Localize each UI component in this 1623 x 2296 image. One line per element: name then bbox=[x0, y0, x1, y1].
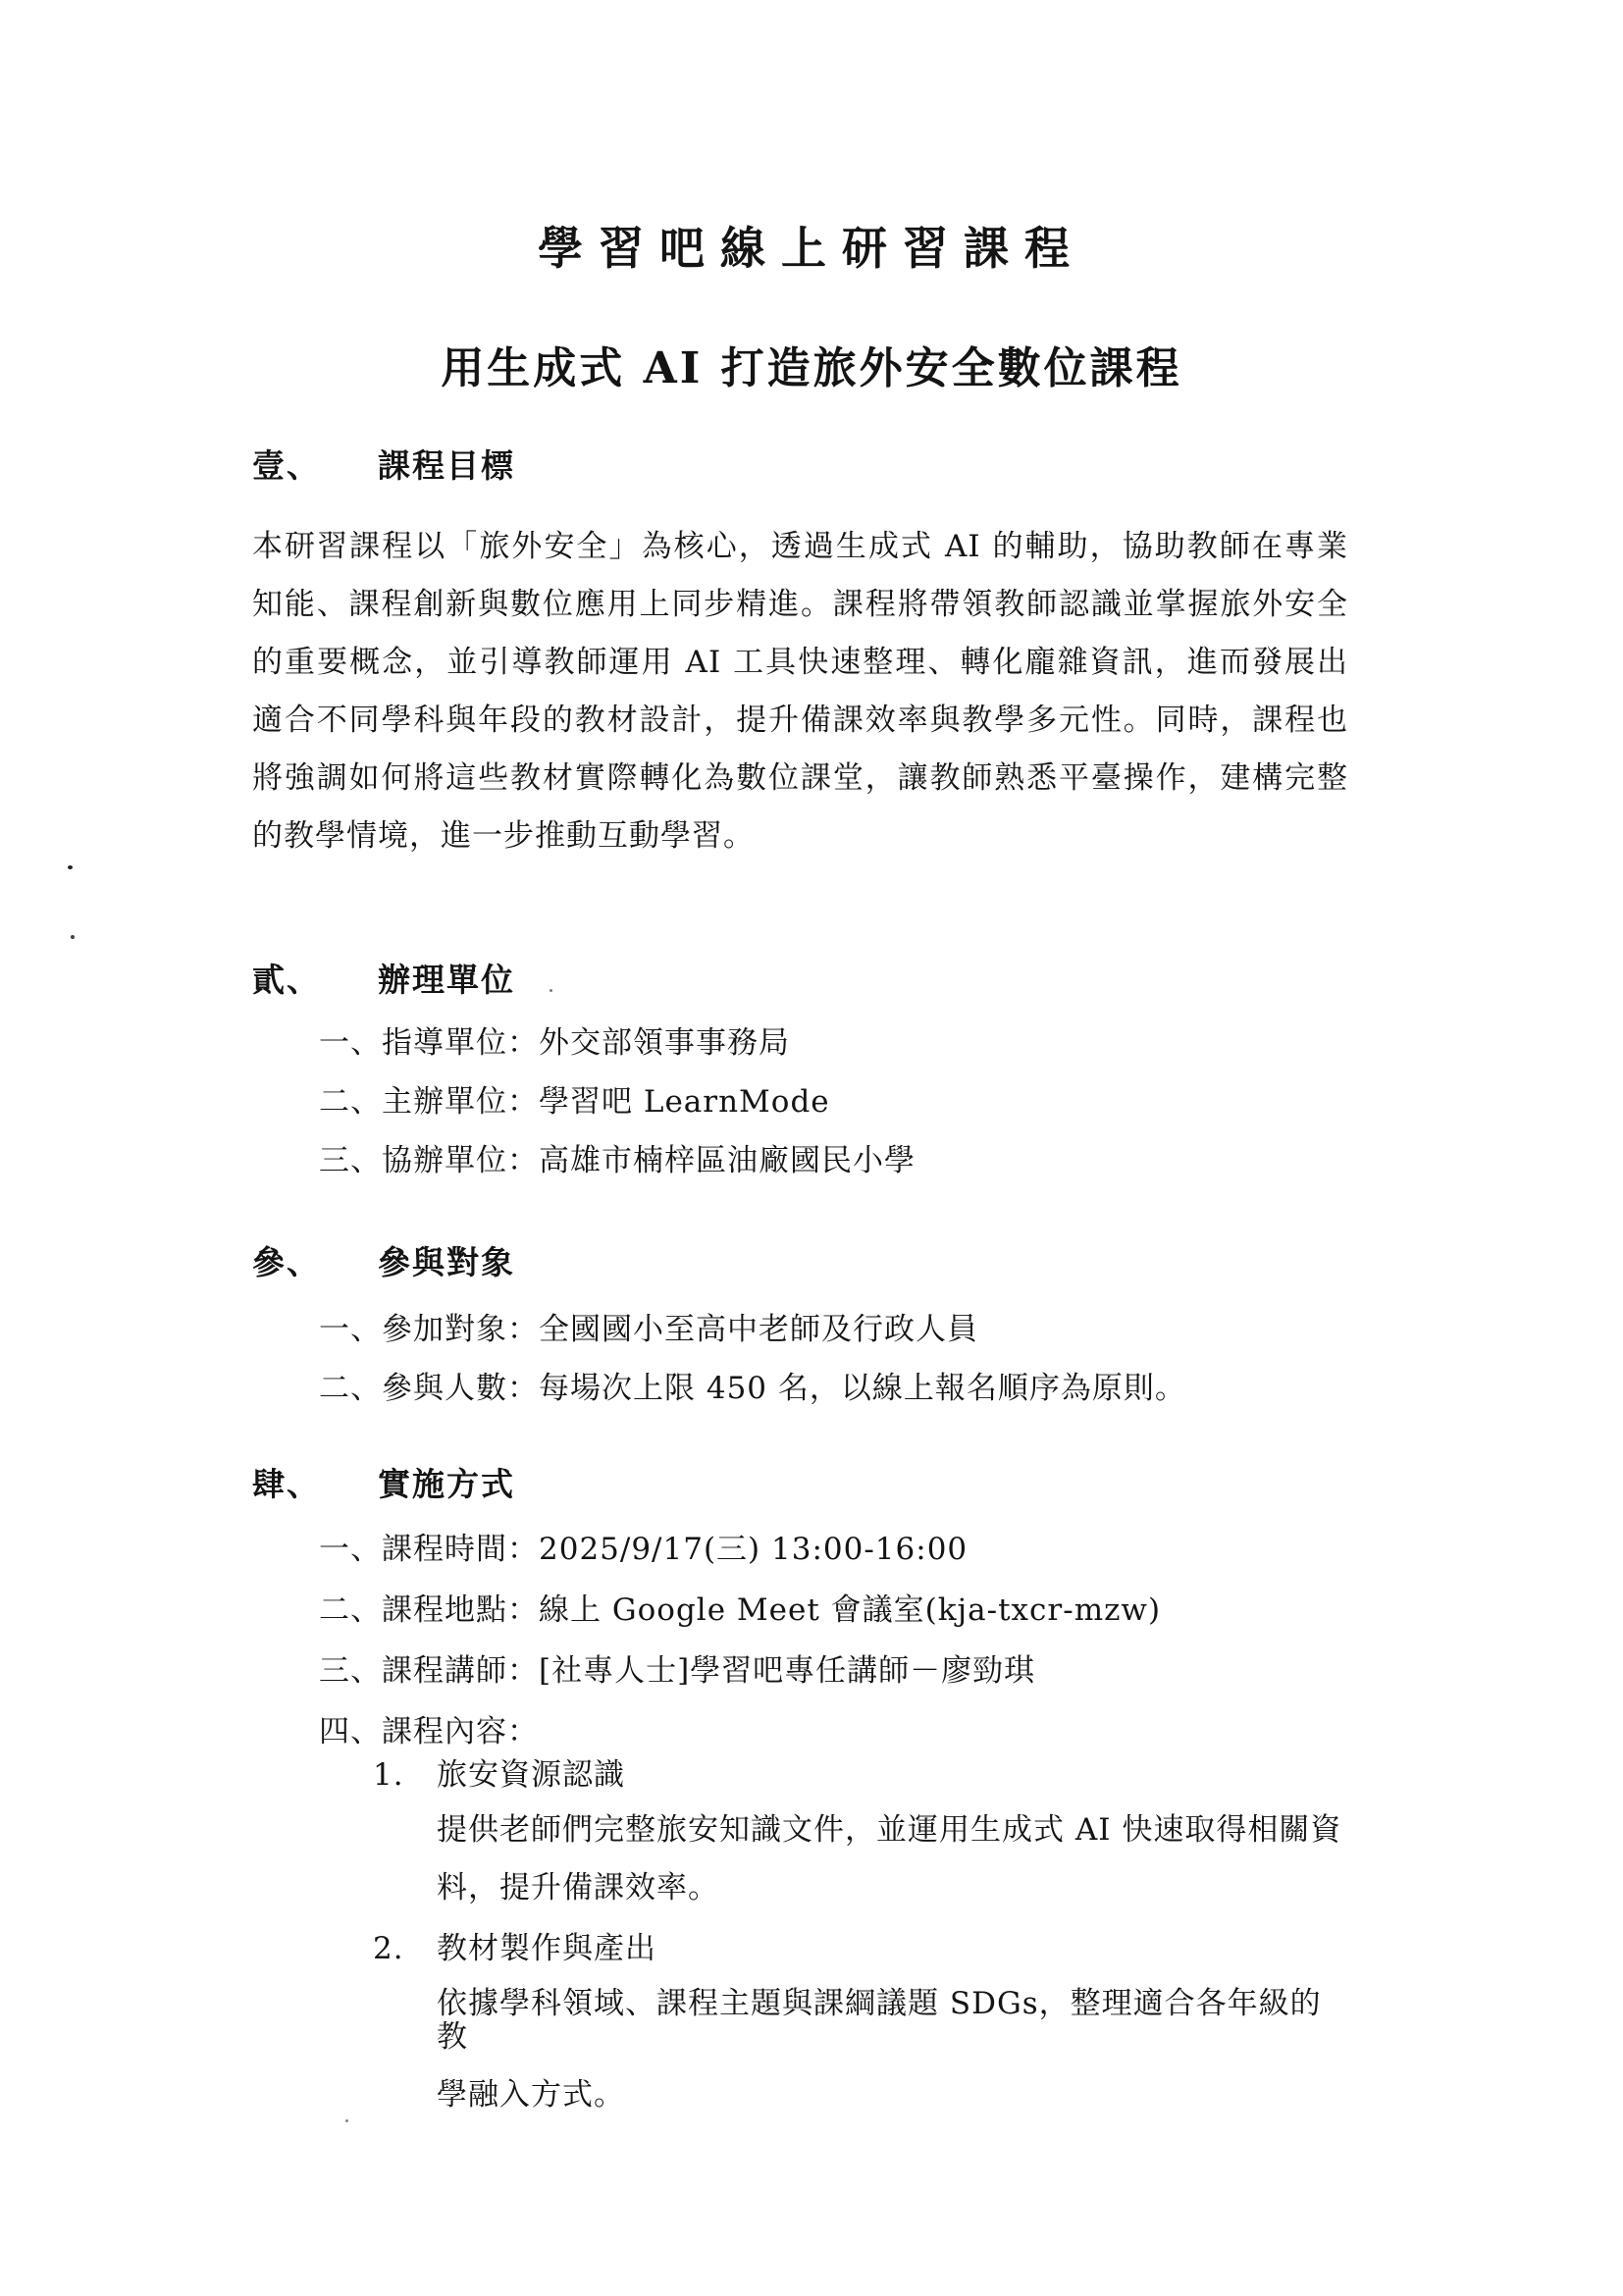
section-title: 辦理單位 bbox=[378, 961, 515, 999]
list-item: 一、參加對象：全國國小至高中老師及行政人員 bbox=[252, 1313, 1348, 1346]
scan-speck bbox=[550, 989, 552, 992]
section-heading-organizers: 貳、辦理單位 bbox=[252, 964, 1348, 997]
item-title: 教材製作與產出 bbox=[437, 1931, 656, 1966]
paragraph-line: 適合不同學科與年段的教材設計，提升備課效率與教學多元性。同時，課程也 bbox=[252, 692, 1348, 750]
scan-speck bbox=[345, 2119, 348, 2122]
list-item: 三、協辦單位：高雄市楠梓區油廠國民小學 bbox=[252, 1144, 1348, 1177]
section-number: 壹、 bbox=[252, 449, 378, 483]
participants-list: 一、參加對象：全國國小至高中老師及行政人員 二、參與人數：每場次上限 450 名… bbox=[252, 1313, 1348, 1405]
section-number: 參、 bbox=[252, 1246, 378, 1279]
item-description-line: 學融入方式。 bbox=[252, 2078, 1348, 2112]
list-item: 二、主辦單位：學習吧 LearnMode bbox=[252, 1085, 1348, 1119]
course-content-list: 1.旅安資源認識 提供老師們完整旅安知識文件，並運用生成式 AI 快速取得相關資… bbox=[252, 1758, 1348, 2112]
organizers-list: 一、指導單位：外交部領事事務局 二、主辦單位：學習吧 LearnMode 三、協… bbox=[252, 1026, 1348, 1177]
item-number: 1. bbox=[373, 1758, 437, 1792]
document-page: 學習吧線上研習課程 用生成式 AI 打造旅外安全數位課程 壹、課程目標 本研習課… bbox=[0, 0, 1623, 2296]
section-title: 參與對象 bbox=[378, 1243, 515, 1281]
item-number: 2. bbox=[373, 1932, 437, 1965]
list-item: 三、課程講師：[社專人士]學習吧專任講師－廖勁琪 bbox=[252, 1654, 1348, 1688]
document-body: 壹、課程目標 本研習課程以「旅外安全」為核心，透過生成式 AI 的輔助，協助教師… bbox=[0, 449, 1623, 2112]
document-subtitle: 用生成式 AI 打造旅外安全數位課程 bbox=[0, 345, 1623, 392]
scan-speck bbox=[71, 935, 75, 939]
course-content-item: 1.旅安資源認識 bbox=[252, 1758, 1348, 1792]
paragraph-line: 本研習課程以「旅外安全」為核心，透過生成式 AI 的輔助，協助教師在專業 bbox=[252, 518, 1348, 576]
list-item: 一、課程時間：2025/9/17(三) 13:00-16:00 bbox=[252, 1533, 1348, 1566]
list-item: 二、課程地點：線上 Google Meet 會議室(kja-txcr-mzw) bbox=[252, 1593, 1348, 1627]
implementation-list: 一、課程時間：2025/9/17(三) 13:00-16:00 二、課程地點：線… bbox=[252, 1533, 1348, 1748]
item-description-line: 料，提升備課效率。 bbox=[252, 1871, 1348, 1905]
list-item: 一、指導單位：外交部領事事務局 bbox=[252, 1026, 1348, 1060]
list-item: 四、課程內容： bbox=[252, 1715, 1348, 1748]
section-number: 肆、 bbox=[252, 1468, 378, 1501]
scan-speck bbox=[68, 865, 73, 869]
section-heading-participants: 參、參與對象 bbox=[252, 1246, 1348, 1279]
document-title: 學習吧線上研習課程 bbox=[0, 0, 1623, 275]
section-heading-course-objectives: 壹、課程目標 bbox=[252, 449, 1348, 483]
item-description-line: 提供老師們完整旅安知識文件，並運用生成式 AI 快速取得相關資 bbox=[252, 1813, 1348, 1847]
section-heading-implementation: 肆、實施方式 bbox=[252, 1468, 1348, 1501]
paragraph-line: 知能、課程創新與數位應用上同步精進。課程將帶領教師認識並掌握旅外安全 bbox=[252, 576, 1348, 634]
item-title: 旅安資源認識 bbox=[437, 1757, 625, 1793]
section-number: 貳、 bbox=[252, 964, 378, 997]
section-title: 實施方式 bbox=[378, 1465, 515, 1503]
paragraph-line: 將強調如何將這些教材實際轉化為數位課堂，讓教師熟悉平臺操作，建構完整 bbox=[252, 750, 1348, 808]
section-title: 課程目標 bbox=[378, 446, 515, 485]
list-item: 二、參與人數：每場次上限 450 名，以線上報名順序為原則。 bbox=[252, 1372, 1348, 1405]
item-description-line: 依據學科領域、課程主題與課綱議題 SDGs，整理適合各年級的教 bbox=[252, 1987, 1348, 2054]
paragraph-line: 的教學情境，進一步推動互動學習。 bbox=[252, 808, 1348, 865]
course-objectives-paragraph: 本研習課程以「旅外安全」為核心，透過生成式 AI 的輔助，協助教師在專業 知能、… bbox=[252, 518, 1348, 865]
paragraph-line: 的重要概念，並引導教師運用 AI 工具快速整理、轉化龐雜資訊，進而發展出 bbox=[252, 634, 1348, 692]
course-content-item: 2.教材製作與產出 bbox=[252, 1932, 1348, 1965]
